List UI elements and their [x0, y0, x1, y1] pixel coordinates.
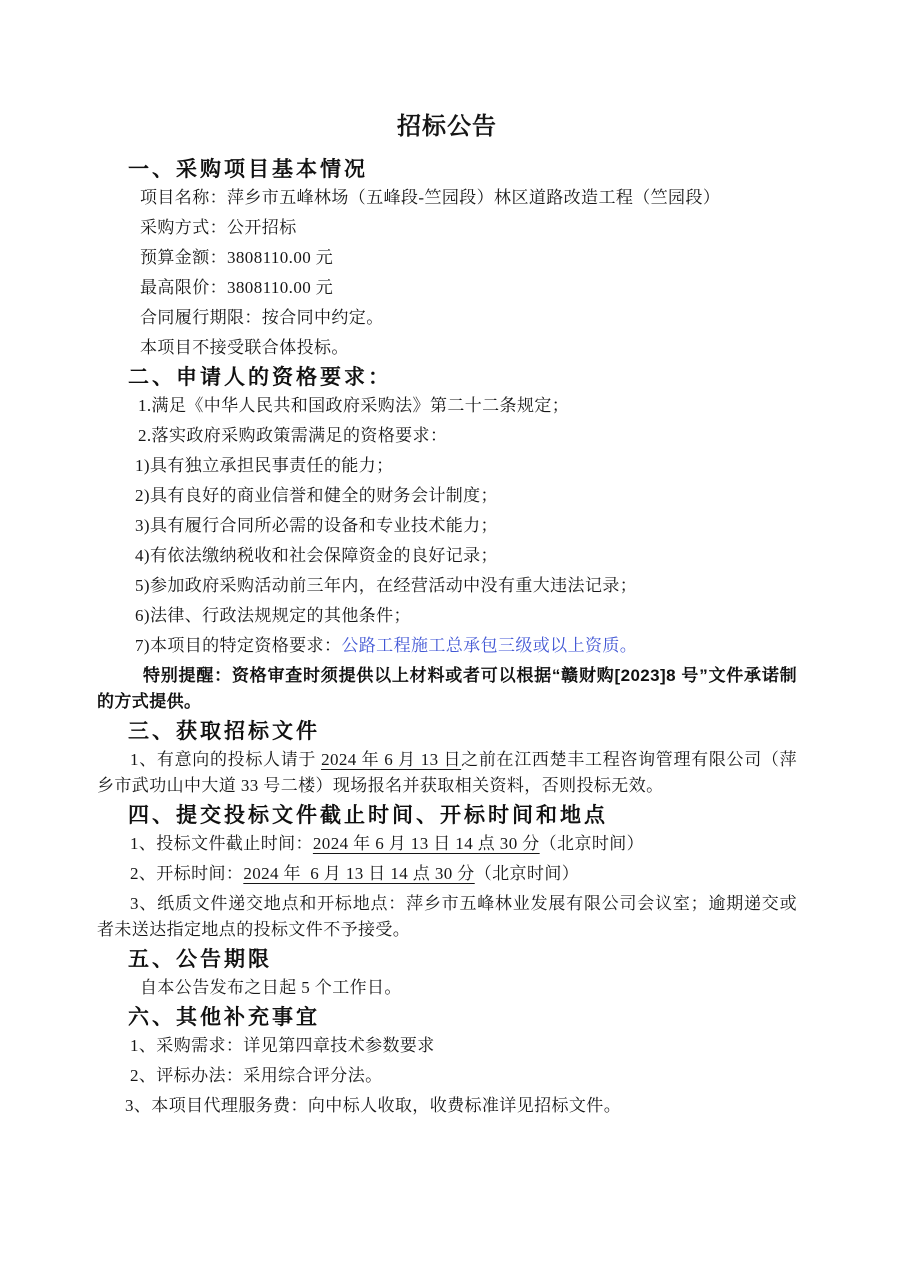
document-body: 一、采购项目基本情况项目名称：萍乡市五峰林场（五峰段-竺园段）林区道路改造工程（…: [97, 157, 797, 1119]
text-run: 1、有意向的投标人请于: [130, 750, 321, 769]
section-heading: 六、其他补充事宜: [97, 1005, 797, 1031]
paragraph: 3、纸质文件递交地点和开标地点：萍乡市五峰林业发展有限公司会议室；逾期递交或者未…: [97, 891, 797, 943]
paragraph: 合同履行期限：按合同中约定。: [97, 305, 797, 331]
document-title: 招标公告: [97, 113, 797, 141]
paragraph: 预算金额：3808110.00 元: [97, 245, 797, 271]
paragraph: 2、开标时间：2024 年 6 月 13 日 14 点 30 分（北京时间）: [97, 861, 797, 887]
paragraph: 1)具有独立承担民事责任的能力；: [97, 453, 797, 479]
section-heading: 四、提交投标文件截止时间、开标时间和地点: [97, 803, 797, 829]
paragraph: 2)具有良好的商业信誉和健全的财务会计制度；: [97, 483, 797, 509]
underlined-date-text: 2024 年 6 月 13 日 14 点 30 分: [313, 834, 540, 853]
paragraph: 采购方式：公开招标: [97, 215, 797, 241]
underlined-date-text: 2024 年 6 月 13 日 14 点 30 分: [243, 864, 474, 883]
paragraph: 1.满足《中华人民共和国政府采购法》第二十二条规定；: [97, 393, 797, 419]
paragraph: 本项目不接受联合体投标。: [97, 335, 797, 361]
section-heading: 三、获取招标文件: [97, 719, 797, 745]
paragraph: 6)法律、行政法规规定的其他条件；: [97, 603, 797, 629]
section-heading: 一、采购项目基本情况: [97, 157, 797, 183]
text-run: 2、开标时间：: [130, 864, 243, 883]
text-run: 1、投标文件截止时间：: [130, 834, 313, 853]
section-heading: 五、公告期限: [97, 947, 797, 973]
document-page: 招标公告 一、采购项目基本情况项目名称：萍乡市五峰林场（五峰段-竺园段）林区道路…: [0, 0, 900, 1273]
special-notice-paragraph: 特别提醒：资格审查时须提供以上材料或者可以根据“赣财购[2023]8 号”文件承…: [97, 663, 797, 715]
paragraph: 7)本项目的特定资格要求：公路工程施工总承包三级或以上资质。: [97, 633, 797, 659]
text-run: 7)本项目的特定资格要求：: [135, 636, 341, 655]
paragraph: 1、有意向的投标人请于 2024 年 6 月 13 日之前在江西楚丰工程咨询管理…: [97, 747, 797, 799]
document-content: 招标公告 一、采购项目基本情况项目名称：萍乡市五峰林场（五峰段-竺园段）林区道路…: [0, 0, 900, 1119]
paragraph: 自本公告发布之日起 5 个工作日。: [97, 975, 797, 1001]
paragraph: 2、评标办法：采用综合评分法。: [97, 1063, 797, 1089]
paragraph: 最高限价：3808110.00 元: [97, 275, 797, 301]
paragraph: 2.落实政府采购政策需满足的资格要求：: [97, 423, 797, 449]
paragraph: 1、投标文件截止时间：2024 年 6 月 13 日 14 点 30 分（北京时…: [97, 831, 797, 857]
underlined-date-text: 2024 年 6 月 13 日: [321, 750, 461, 769]
paragraph: 5)参加政府采购活动前三年内，在经营活动中没有重大违法记录；: [97, 573, 797, 599]
paragraph: 3、本项目代理服务费：向中标人收取，收费标准详见招标文件。: [97, 1093, 797, 1119]
paragraph: 项目名称：萍乡市五峰林场（五峰段-竺园段）林区道路改造工程（竺园段）: [97, 185, 797, 211]
section-heading: 二、申请人的资格要求：: [97, 365, 797, 391]
text-run: （北京时间）: [475, 864, 579, 883]
qualification-requirement-text: 公路工程施工总承包三级或以上资质。: [341, 636, 637, 655]
paragraph: 3)具有履行合同所必需的设备和专业技术能力；: [97, 513, 797, 539]
text-run: （北京时间）: [540, 834, 644, 853]
paragraph: 4)有依法缴纳税收和社会保障资金的良好记录；: [97, 543, 797, 569]
paragraph: 1、采购需求：详见第四章技术参数要求: [97, 1033, 797, 1059]
